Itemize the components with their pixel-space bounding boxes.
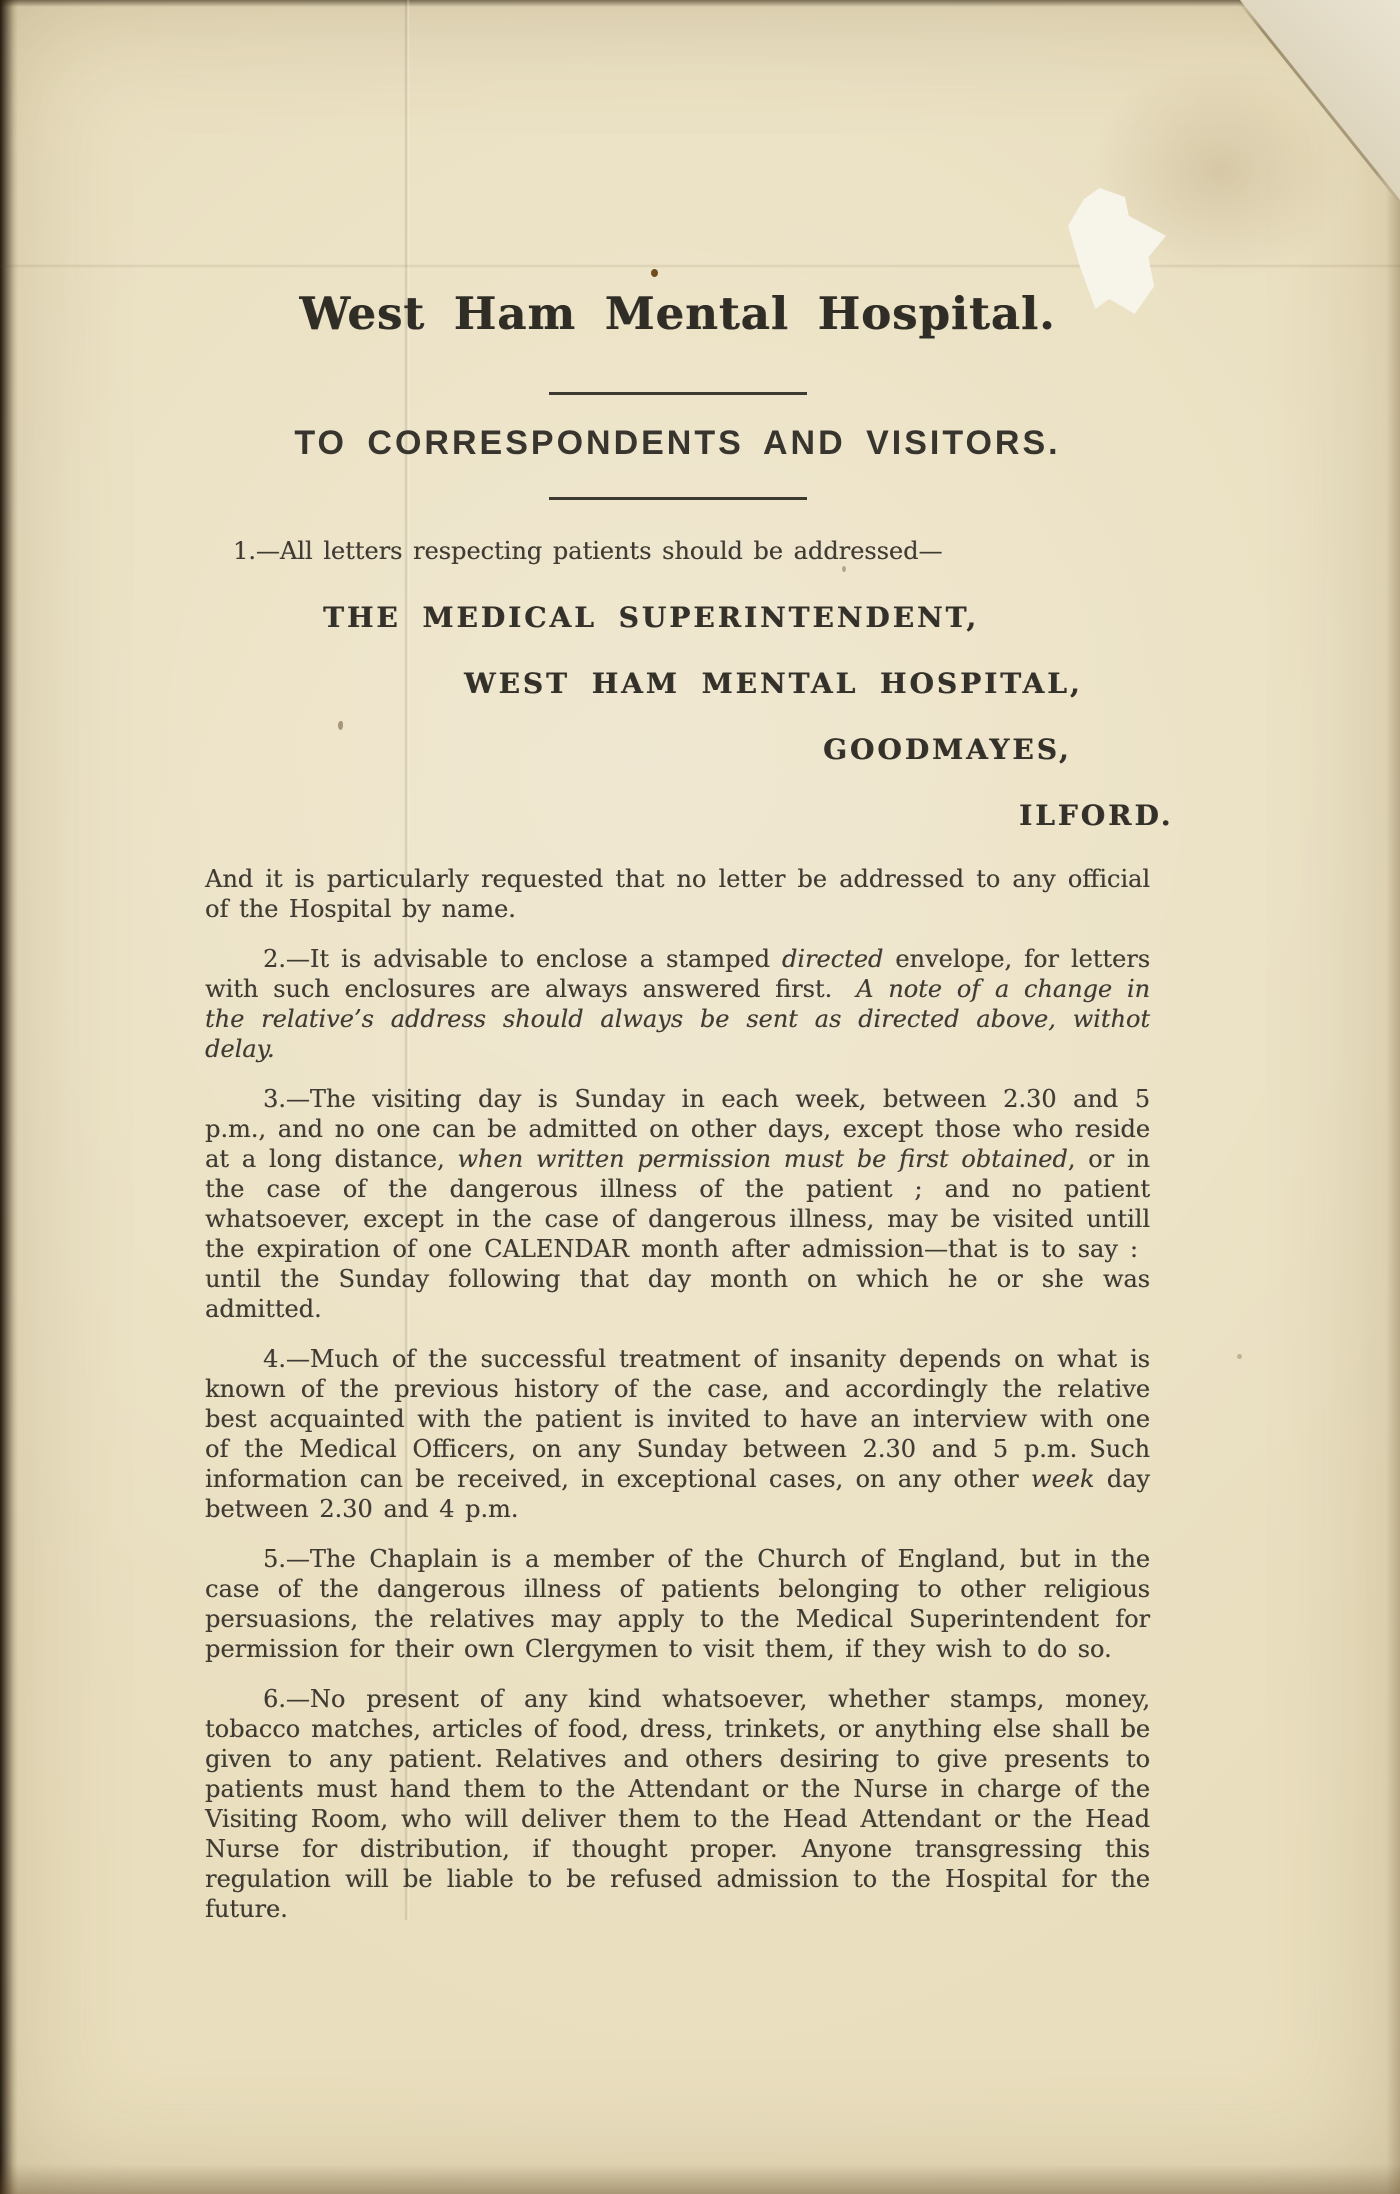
instruction-2: 2.—It is advisable to enclose a stamped …: [205, 944, 1150, 1064]
scan-edge-left: [0, 0, 18, 2194]
address-block: THE MEDICAL SUPERINTENDENT, WEST HAM MEN…: [205, 600, 1150, 834]
instruction-4: 4.—Much of the successful treatment of i…: [205, 1344, 1150, 1524]
divider-rule: [549, 497, 807, 500]
scan-edge-bottom: [0, 2164, 1400, 2194]
divider-rule: [549, 392, 807, 395]
instruction-3: 3.—The visiting day is Sunday in each we…: [205, 1084, 1150, 1324]
instruction-5: 5.—The Chaplain is a member of the Churc…: [205, 1544, 1150, 1664]
instruction-6: 6.—No present of any kind whatsoever, wh…: [205, 1684, 1150, 1924]
paper-stain: [1237, 1354, 1242, 1359]
scan-edge-right: [1386, 0, 1400, 2194]
address-line-goodmayes: GOODMAYES,: [823, 732, 1150, 768]
note-paragraph: And it is particularly requested that no…: [205, 864, 1150, 924]
address-line-superintendent: THE MEDICAL SUPERINTENDENT,: [323, 600, 1150, 636]
scanned-document-page: West Ham Mental Hospital. TO CORRESPONDE…: [0, 0, 1400, 2194]
section-heading: TO CORRESPONDENTS AND VISITORS.: [205, 423, 1150, 463]
address-line-ilford: ILFORD.: [1019, 798, 1150, 834]
document-title: West Ham Mental Hospital.: [205, 288, 1150, 340]
instruction-1: 1.—All letters respecting patients shoul…: [205, 536, 1150, 566]
address-line-hospital: WEST HAM MENTAL HOSPITAL,: [464, 666, 1150, 702]
document-content: West Ham Mental Hospital. TO CORRESPONDE…: [205, 0, 1150, 1924]
